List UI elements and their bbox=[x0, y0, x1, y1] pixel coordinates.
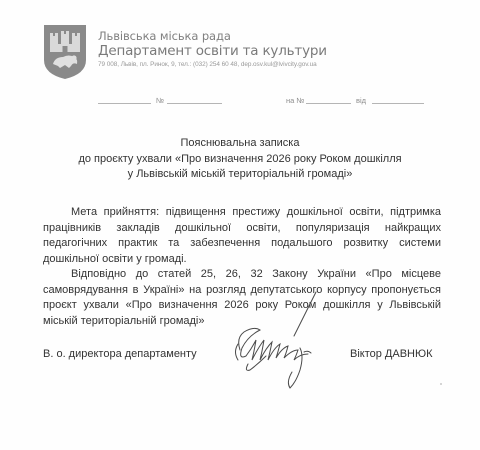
document-page: Львівська міська рада Департамент освіти… bbox=[0, 0, 480, 450]
department-name: Департамент освіти та культури bbox=[98, 43, 327, 59]
letterhead: Львівська міська рада Департамент освіти… bbox=[43, 24, 327, 80]
in-reply-to-label: на № bbox=[286, 96, 304, 105]
document-title: Пояснювальна записка до проєкту ухвали «… bbox=[0, 136, 480, 183]
council-name: Львівська міська рада bbox=[98, 30, 327, 43]
number-sign-label: № bbox=[156, 96, 164, 105]
signatory-position: В. о. директора департаменту bbox=[43, 348, 197, 360]
paper-speck bbox=[440, 383, 442, 385]
handwritten-signature-icon bbox=[218, 290, 338, 390]
reference-line: № на № від bbox=[0, 95, 480, 109]
date-from-label: від bbox=[356, 96, 366, 105]
lviv-coat-of-arms-icon bbox=[43, 24, 87, 80]
outgoing-date-blank bbox=[167, 95, 222, 104]
title-line-1: Пояснювальна записка bbox=[0, 136, 480, 152]
incoming-number-blank bbox=[306, 95, 351, 104]
incoming-date-blank bbox=[372, 95, 424, 104]
title-line-3: у Львівській міській територіальній гром… bbox=[0, 167, 480, 183]
title-line-2: до проєкту ухвали «Про визначення 2026 р… bbox=[0, 152, 480, 168]
outgoing-number-blank bbox=[98, 95, 151, 104]
body-paragraph-purpose: Мета прийняття: підвищення престижу дошк… bbox=[43, 205, 441, 267]
signatory-name: Віктор ДАВНЮК bbox=[350, 348, 433, 360]
department-contacts: 79 008, Львів, пл. Ринок, 9, тел.: (032)… bbox=[98, 60, 327, 69]
